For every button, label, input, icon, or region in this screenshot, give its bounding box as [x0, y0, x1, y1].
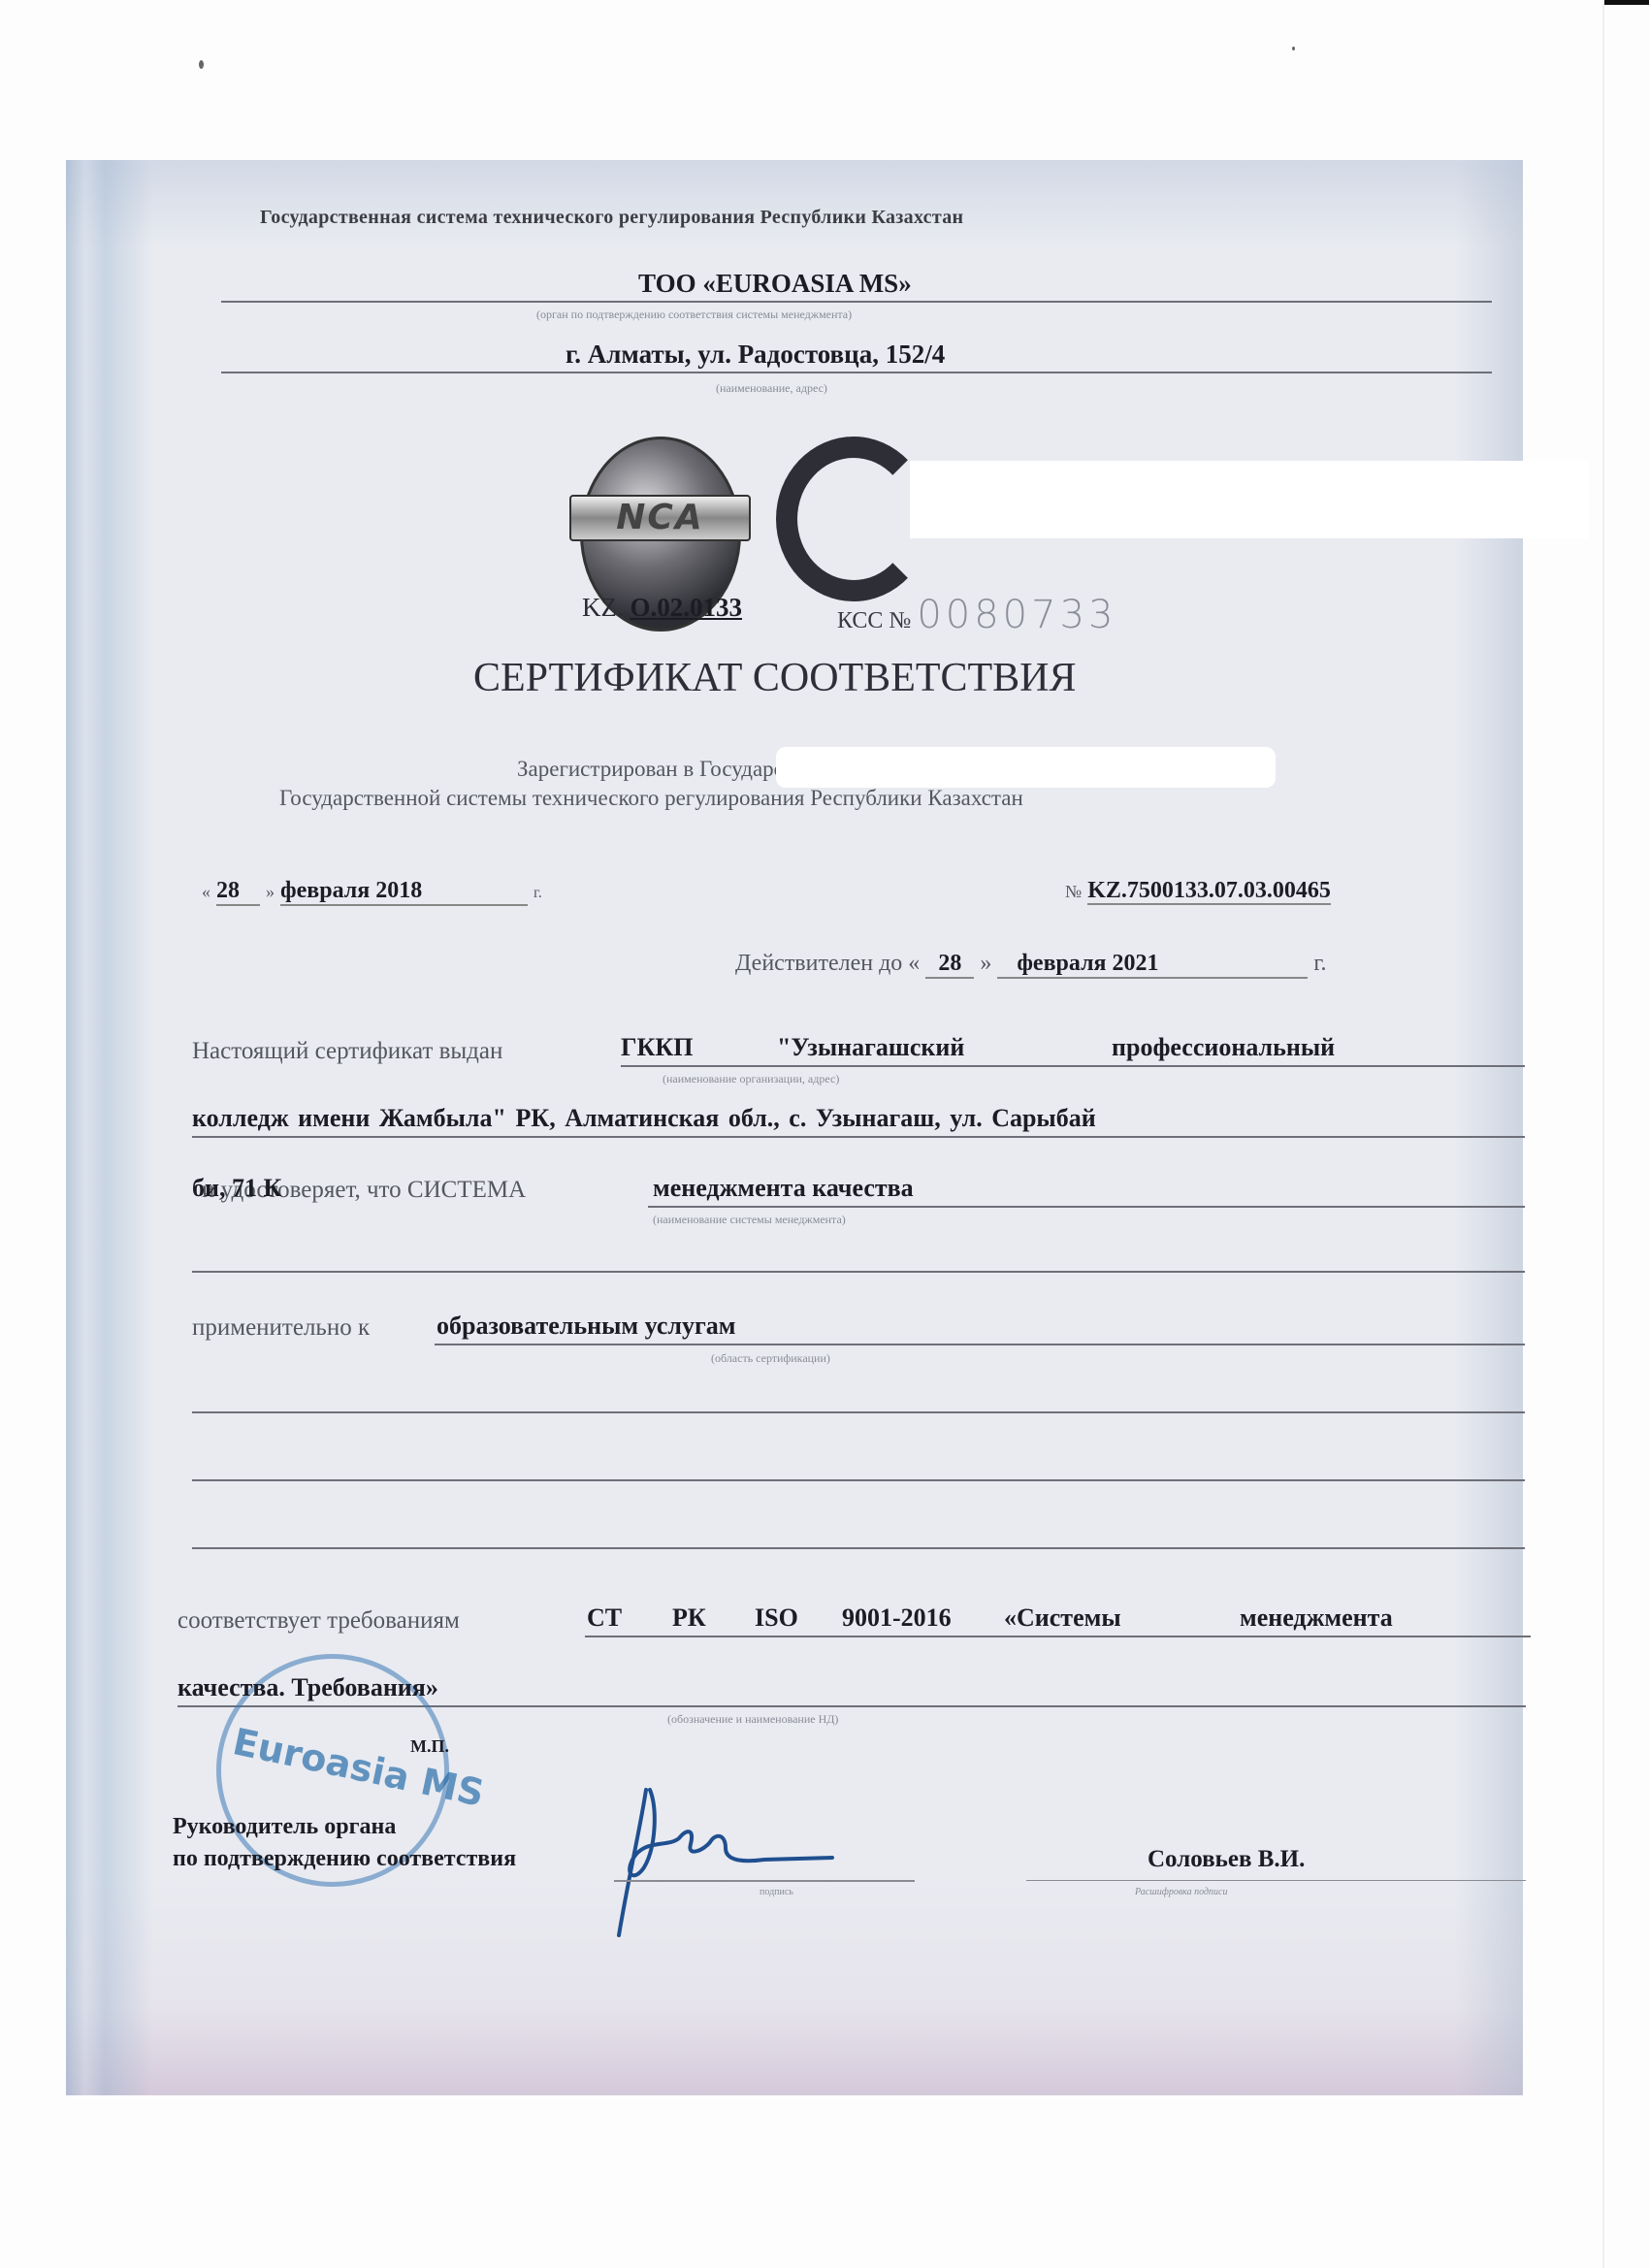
- redacted-area: [910, 461, 1589, 538]
- kss-number: 0080733: [917, 593, 1116, 637]
- underline: [192, 1136, 1525, 1138]
- standard-label: соответствует требованиям: [178, 1607, 460, 1635]
- seal-label: М.П.: [410, 1736, 449, 1757]
- standard-word: РК: [672, 1604, 706, 1633]
- blank-line: [192, 1479, 1525, 1481]
- left-code-prefix: KZ.: [582, 593, 624, 622]
- certificate-title: СЕРТИФИКАТ СООТВЕТСТВИЯ: [473, 655, 1077, 701]
- redacted-area: [776, 747, 1276, 788]
- registration-line2: Государственной системы технического рег…: [279, 786, 1023, 811]
- issued-to-word: ГККП: [621, 1033, 693, 1062]
- body-caption: (орган по подтверждению соответствия сис…: [536, 308, 852, 322]
- validity-month-year: февраля 2021: [997, 951, 1308, 979]
- quote-close: »: [266, 882, 275, 901]
- issue-day: 28: [216, 878, 260, 906]
- address-caption: (наименование, адрес): [716, 381, 827, 396]
- signer-name: Соловьев В.И.: [1148, 1846, 1305, 1873]
- standard-word: ISO: [755, 1604, 798, 1633]
- body-name: ТОО «EUROASIA MS»: [638, 269, 912, 299]
- blank-line: [192, 1547, 1525, 1549]
- issue-month-year: февраля 2018: [280, 878, 528, 906]
- blank-line: [192, 1271, 1525, 1273]
- underline: [221, 301, 1492, 303]
- issued-to-line3: би, 71 К: [192, 1174, 281, 1203]
- standard-word: 9001-2016: [842, 1604, 952, 1633]
- scan-speck: [199, 60, 204, 69]
- underline: [435, 1344, 1525, 1345]
- standard-line2: качества. Требования»: [178, 1673, 438, 1702]
- underline: [221, 372, 1492, 373]
- underline: [621, 1065, 1525, 1067]
- validity-label: Действителен до «: [735, 951, 920, 976]
- scope-label: применительно к: [192, 1314, 370, 1342]
- scope-caption: (область сертификации): [711, 1351, 830, 1366]
- system-value: менеджмента качества: [653, 1174, 914, 1203]
- system-caption: (наименование системы менеджмента): [653, 1213, 846, 1227]
- year-suffix: г.: [533, 885, 542, 901]
- issued-to-caption: (наименование организации, адрес): [663, 1072, 839, 1086]
- role-line2: по подтверждению соответствия: [173, 1846, 516, 1872]
- quote-open: «: [202, 882, 210, 901]
- issued-to-word: "Узынагашский: [777, 1033, 964, 1062]
- signature-caption: подпись: [760, 1887, 793, 1897]
- underline: [585, 1636, 1531, 1637]
- name-caption: Расшифровка подписи: [1135, 1887, 1227, 1897]
- validity-quote-close: »: [980, 951, 991, 976]
- standard-word: СТ: [587, 1604, 622, 1633]
- underline: [648, 1206, 1525, 1208]
- conformity-mark-icon: [776, 437, 931, 601]
- accreditation-code: O.02.0133: [630, 593, 743, 622]
- issued-to-line2: колледж имени Жамбыла" РК, Алматинская о…: [192, 1104, 1096, 1133]
- nca-logo-band: NCA: [569, 495, 751, 541]
- scan-edge: [1602, 0, 1604, 2268]
- scan-speck: [1292, 47, 1295, 50]
- signature-scribble: [590, 1770, 861, 1945]
- number-label: №: [1065, 882, 1082, 901]
- role-line1: Руководитель органа: [173, 1814, 396, 1840]
- system-title: Государственная система технического рег…: [260, 207, 963, 229]
- kss-label: КСС №: [837, 608, 911, 633]
- validity-year-suffix: г.: [1313, 951, 1326, 976]
- certificate-document: Государственная система технического рег…: [66, 160, 1523, 2095]
- body-address: г. Алматы, ул. Радостовца, 152/4: [566, 340, 945, 370]
- issued-to-word: профессиональный: [1112, 1033, 1335, 1062]
- name-line: [1026, 1880, 1526, 1881]
- registration-line1: Зарегистрирован в Государс: [517, 757, 784, 782]
- standard-word: «Системы: [1004, 1604, 1121, 1633]
- certificate-number: KZ.7500133.07.03.00465: [1087, 878, 1331, 905]
- issued-to-label: Настоящий сертификат выдан: [192, 1038, 502, 1065]
- corner-bar: [1602, 0, 1649, 5]
- standard-word: менеджмента: [1240, 1604, 1393, 1633]
- validity-day: 28: [925, 951, 974, 979]
- blank-line: [192, 1411, 1525, 1413]
- scope-value: образовательным услугам: [436, 1312, 735, 1341]
- signature-line: [614, 1880, 915, 1882]
- standard-caption: (обозначение и наименование НД): [667, 1712, 838, 1727]
